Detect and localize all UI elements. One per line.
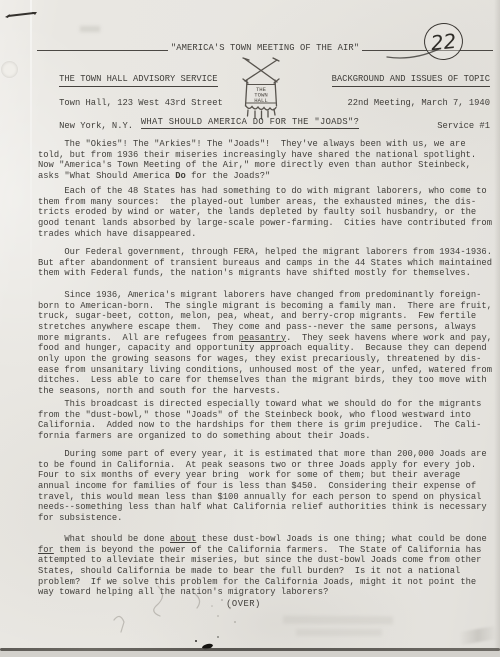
paragraph-3: Our Federal government, through FERA, he… [38, 247, 492, 279]
document-page: "AMERICA'S TOWN MEETING OF THE AIR" 22 T… [0, 0, 500, 657]
corner-smudge [459, 626, 497, 645]
ink-bleed-through [283, 616, 393, 625]
paragraph-4: Since 1936, America's migrant laborers h… [38, 290, 492, 397]
paragraph-1: The "Okies"! The "Arkies"! The "Joads"! … [38, 139, 476, 182]
scan-background-strip [0, 651, 500, 657]
paragraph-6: During some part of every year, it is es… [38, 449, 487, 524]
background-issues-block: BACKGROUND AND ISSUES OF TOPIC 22nd Meet… [311, 63, 491, 144]
banner-rule-left [37, 50, 168, 51]
faint-smudge [80, 26, 100, 32]
advisory-service-title: THE TOWN HALL ADVISORY SERVICE [59, 74, 217, 87]
pencil-scribble-marks [100, 578, 280, 653]
background-issues-title: BACKGROUND AND ISSUES OF TOPIC [332, 74, 490, 87]
document-title: WHAT SHOULD AMERICA DO FOR THE "JOADS"? [0, 117, 500, 127]
paragraph-2: Each of the 48 States has had something … [38, 186, 492, 239]
meeting-date: 22nd Meeting, March 7, 1940 [347, 98, 490, 108]
ink-dot [217, 636, 219, 638]
ink-bleed-through [296, 629, 382, 636]
logo-text-line3: HALL [254, 97, 267, 104]
ink-dot [195, 640, 197, 642]
advisory-address: Town Hall, 123 West 43rd Street [59, 98, 223, 108]
staple-mark-icon [5, 10, 39, 20]
advisory-service-block: THE TOWN HALL ADVISORY SERVICE Town Hall… [38, 63, 223, 144]
banner-title: "AMERICA'S TOWN MEETING OF THE AIR" [168, 43, 362, 53]
town-hall-logo-icon: THE TOWN HALL [230, 55, 292, 123]
paragraph-5: This broadcast is directed especially to… [38, 399, 481, 442]
paper-right-edge-shadow [494, 0, 500, 657]
paper-crease [30, 0, 32, 400]
punch-hole [1, 61, 18, 78]
pen-flourish-mark [383, 42, 449, 62]
